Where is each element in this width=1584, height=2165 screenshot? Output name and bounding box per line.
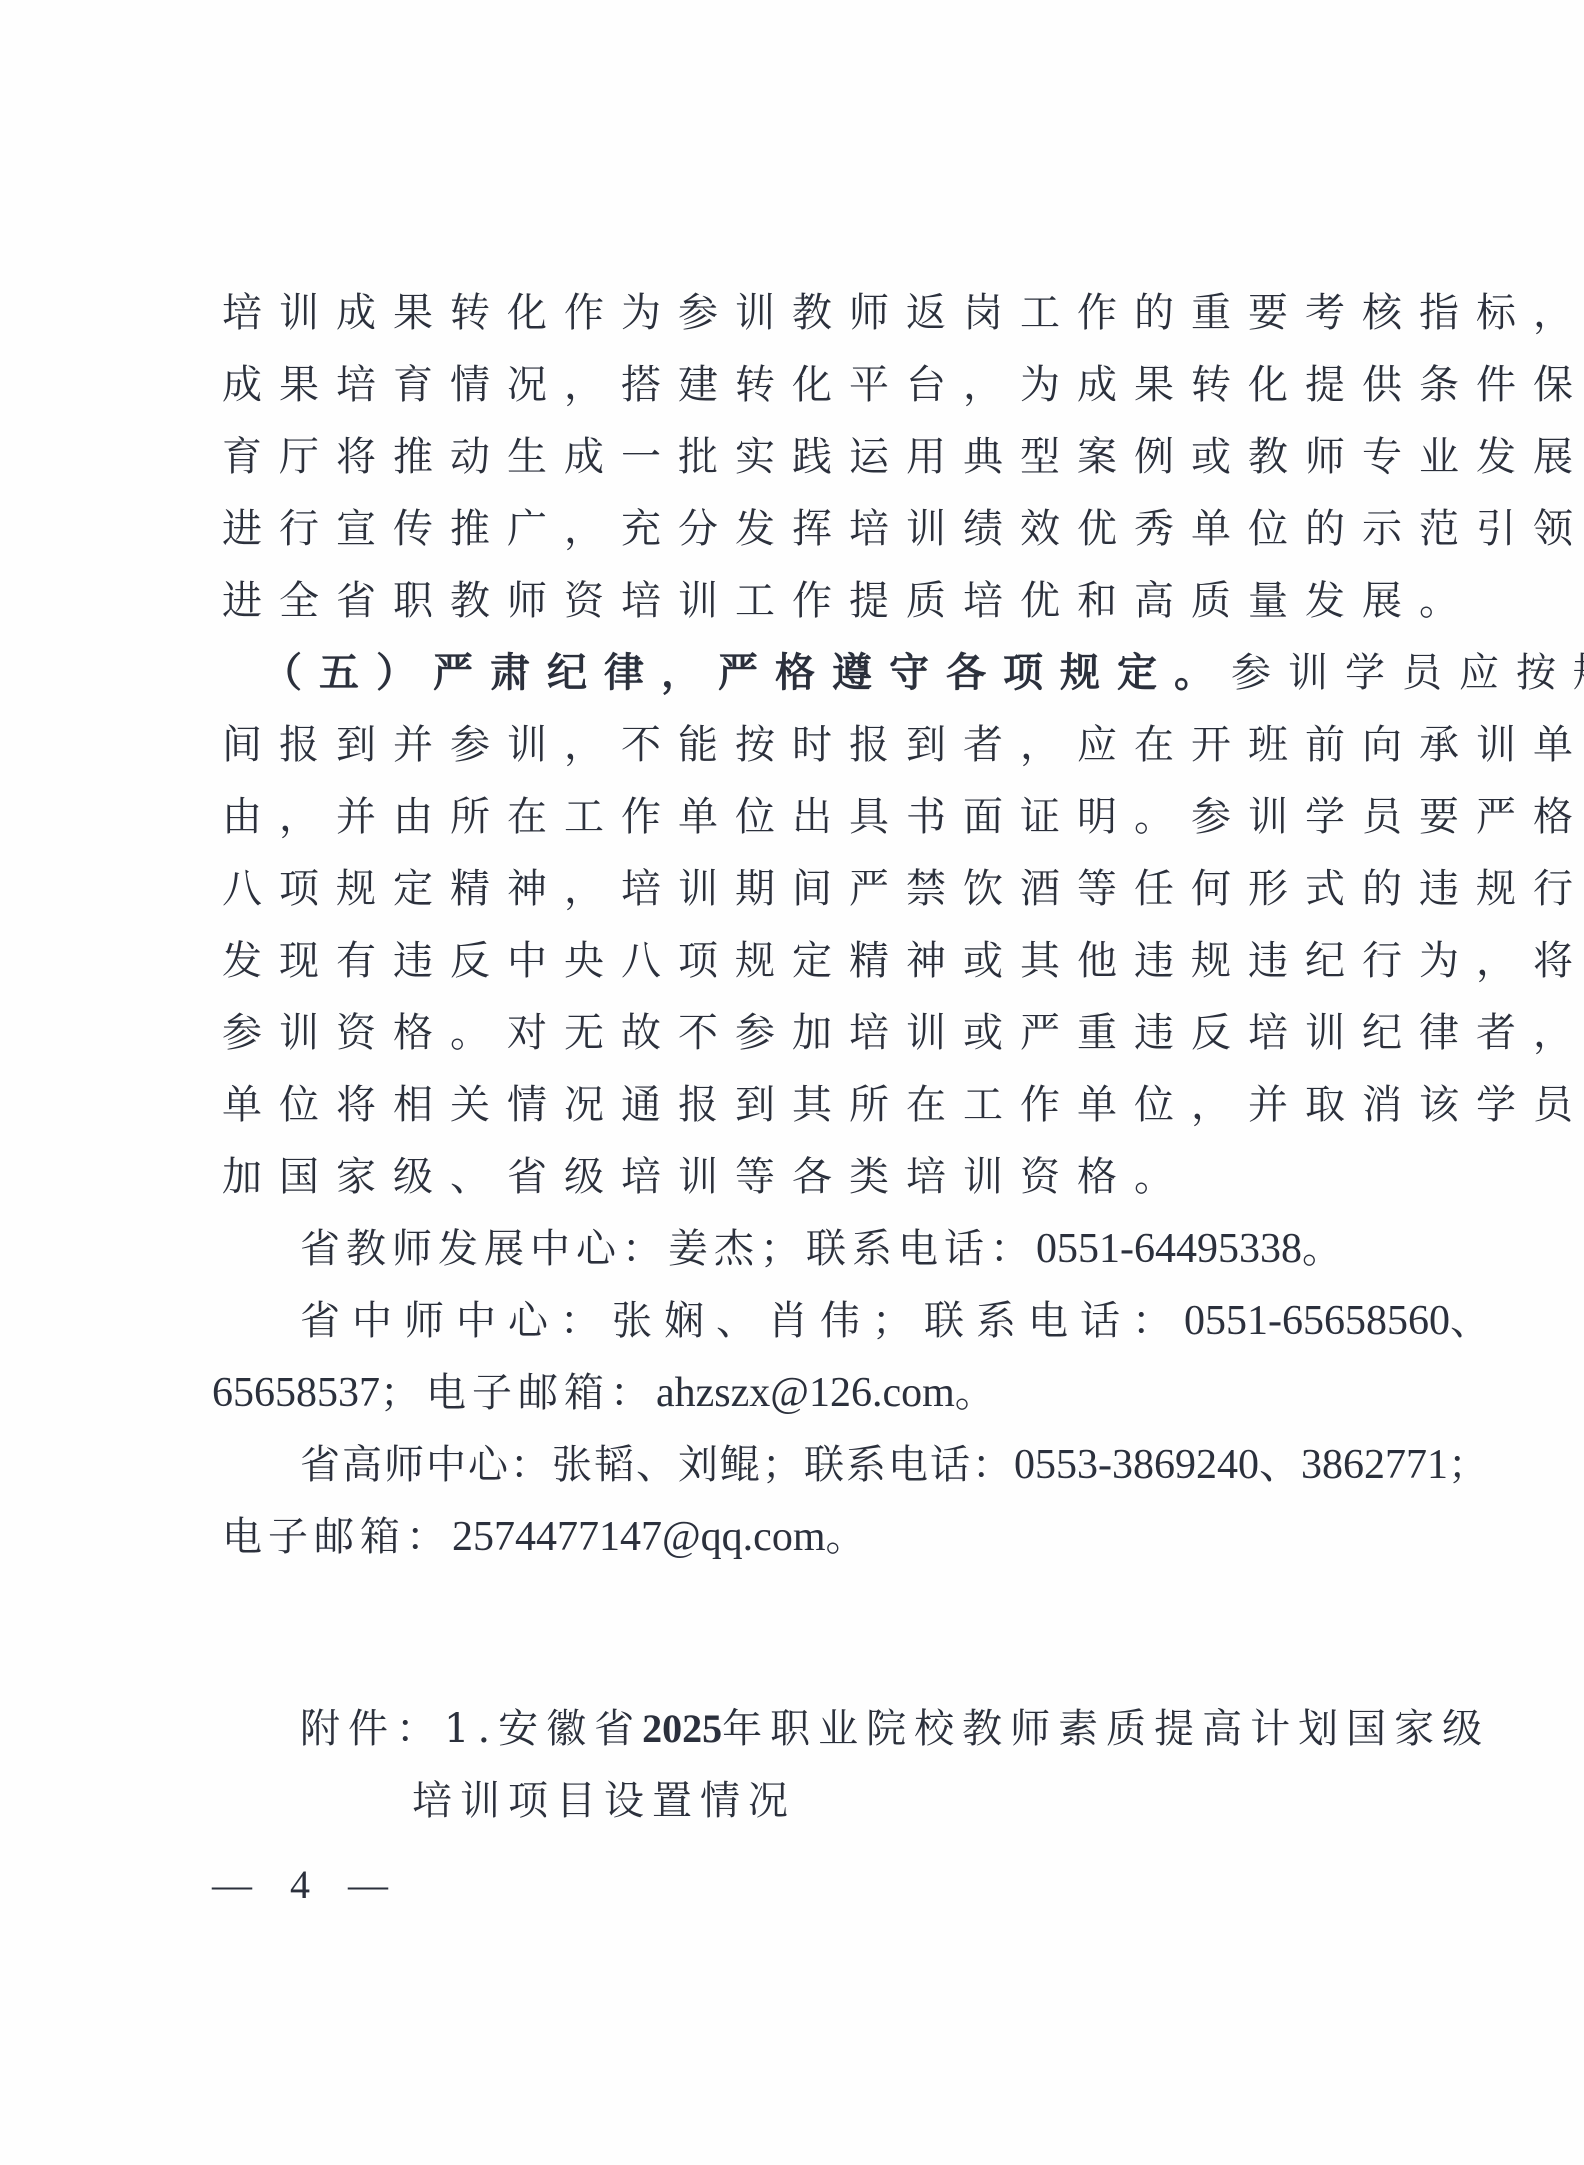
paragraph-line: 成果培育情况，搭建转化平台，为成果转化提供条件保障。省教 bbox=[222, 349, 1362, 421]
paragraph-line: 由，并由所在工作单位出具书面证明。参训学员要严格落实中央 bbox=[222, 781, 1362, 853]
contact-email[interactable]: ahzszx@126.com bbox=[656, 1370, 955, 1416]
contact-secondary-teacher-center: 省中师中心：张娴、肖伟；联系电话：0551-65658560、 bbox=[300, 1285, 1440, 1357]
contact-higher-teacher-center: 省高师中心：张韬、刘鲲；联系电话：0553-3869240、3862771； bbox=[300, 1429, 1440, 1501]
contact-email[interactable]: 2574477147@qq.com bbox=[452, 1514, 826, 1560]
contact-phone: 0551-64495338 bbox=[1036, 1226, 1302, 1272]
page-number: — 4 — bbox=[212, 1855, 402, 1915]
attachment-label: 附件： bbox=[300, 1706, 444, 1752]
paragraph-line: 发现有违反中央八项规定精神或其他违规违纪行为，将立即取消 bbox=[222, 925, 1362, 997]
attachment-line-1: 附件：1.安徽省2025年职业院校教师素质提高计划国家级 bbox=[300, 1693, 1440, 1765]
contact-label: 省中师中心：张娴、肖伟；联系电话： bbox=[300, 1298, 1184, 1344]
paragraph-line: 培训成果转化作为参训教师返岗工作的重要考核指标，充分了解 bbox=[222, 277, 1362, 349]
attachment-line-2: 培训项目设置情况 bbox=[412, 1765, 1552, 1837]
contact-teacher-development-center: 省教师发展中心：姜杰；联系电话：0551-64495338。 bbox=[300, 1213, 1440, 1285]
paragraph-line: 参训资格。对无故不参加培训或严重违反培训纪律者，有关管理 bbox=[222, 997, 1362, 1069]
contact-phone: 65658537 bbox=[212, 1370, 380, 1416]
contact-label: 省教师发展中心：姜杰；联系电话： bbox=[300, 1226, 1036, 1272]
contact-phone: 0553-3869240、3862771 bbox=[1014, 1442, 1448, 1488]
paragraph-line: 进行宣传推广，充分发挥培训绩效优秀单位的示范引领作用，促 bbox=[222, 493, 1362, 565]
contact-secondary-teacher-center-line2: 65658537；电子邮箱：ahzszx@126.com。 bbox=[212, 1357, 1352, 1429]
paragraph-line: 育厅将推动生成一批实践运用典型案例或教师专业发展成果实绩 bbox=[222, 421, 1362, 493]
section-5-text: 参训学员应按规定时 bbox=[1231, 650, 1584, 696]
contact-phone: 0551-65658560 bbox=[1184, 1298, 1450, 1344]
paragraph-line: 间报到并参训，不能按时报到者，应在开班前向承训单位说明理 bbox=[222, 709, 1362, 781]
paragraph-line: 单位将相关情况通报到其所在工作单位，并取消该学员 3 年内参 bbox=[222, 1069, 1362, 1141]
paragraph-line: 加国家级、省级培训等各类培训资格。 bbox=[222, 1141, 1362, 1213]
section-5-heading: （五）严肃纪律，严格遵守各项规定。 bbox=[262, 649, 1231, 696]
paragraph-line: 进全省职教师资培训工作提质培优和高质量发展。 bbox=[222, 565, 1362, 637]
contact-higher-teacher-center-line2: 电子邮箱：2574477147@qq.com。 bbox=[222, 1501, 1362, 1573]
document-page: 培训成果转化作为参训教师返岗工作的重要考核指标，充分了解 成果培育情况，搭建转化… bbox=[0, 0, 1584, 2165]
section-5-first-line: （五）严肃纪律，严格遵守各项规定。参训学员应按规定时 bbox=[262, 637, 1402, 709]
paragraph-line: 八项规定精神，培训期间严禁饮酒等任何形式的违规行为，一经 bbox=[222, 853, 1362, 925]
contact-label: 省高师中心：张韬、刘鲲；联系电话： bbox=[300, 1442, 1014, 1488]
